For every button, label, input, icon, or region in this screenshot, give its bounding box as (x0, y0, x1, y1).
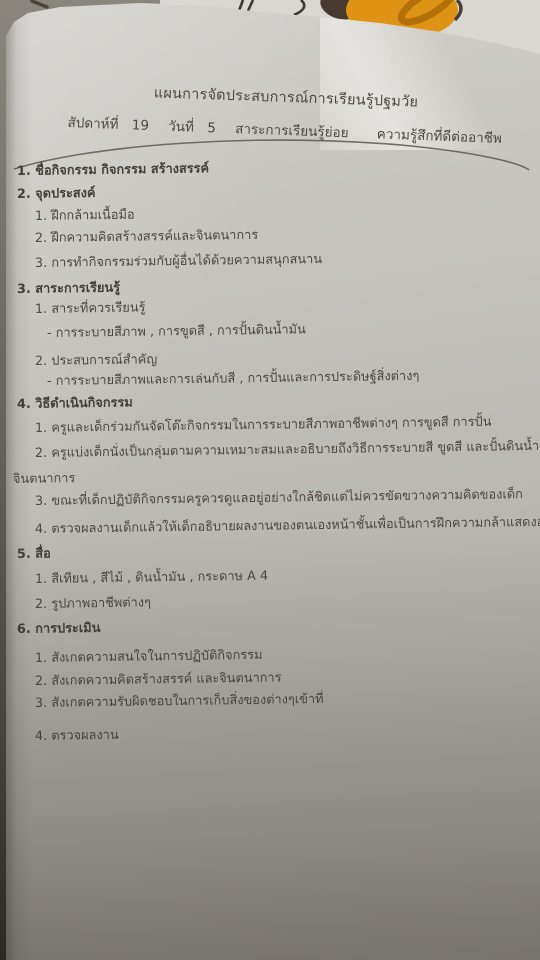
plan-line: 3. การทำกิจกรรมร่วมกับผู้อื่นได้ด้วยความ… (35, 251, 322, 273)
plan-line: 3. สาระการเรียนรู้ (17, 280, 120, 299)
plan-line: 1. สังเกตความสนใจในการปฏิบัติกิจกรรม (35, 647, 263, 668)
plan-line: 6. การประเมิน (17, 620, 101, 639)
plan-line: 4. ตรวจผลงาน (35, 727, 119, 746)
plan-line: 3. สังเกตความรับผิดชอบในการเก็บสิ่งของต่… (35, 691, 324, 713)
plan-line: 2. สังเกตความคิดสร้างสรรค์ และจินตนาการ (35, 670, 282, 691)
plan-line: 2. จุดประสงค์ (17, 185, 96, 204)
plan-body: 1. ชื่อกิจกรรม กิจกรรม สร้างสรรค์2. จุดป… (6, 0, 540, 960)
plan-line: 2. รูปภาพอาชีพต่างๆ (35, 594, 151, 614)
plan-line: 1. ชื่อกิจกรรม กิจกรรม สร้างสรรค์ (17, 160, 209, 181)
document-page: แผนการจัดประสบการณ์การเรียนรู้ปฐมวัย สัป… (6, 0, 540, 960)
plan-line: - การระบายสีภาพและการเล่นกับสี , การปั้น… (47, 368, 420, 391)
plan-line: 2. ครูแบ่งเด็กนั่งเป็นกลุ่มตามความเหมาะส… (35, 437, 540, 463)
plan-line: 4. วิธีดำเนินกิจกรรม (17, 394, 133, 414)
cover-mark-icon (32, 1, 47, 7)
plan-line: 4. ตรวจผลงานเด็กแล้วให้เด็กอธิบายผลงานขอ… (35, 514, 540, 539)
plan-line: - การระบายสีภาพ , การขูดสี , การปั้นดินน… (47, 321, 306, 343)
photo-background: แผนการจัดประสบการณ์การเรียนรู้ปฐมวัย สัป… (0, 0, 540, 960)
plan-line: 1. ครูและเด็กร่วมกันจัดโต๊ะกิจกรรมในการร… (35, 414, 492, 438)
plan-line: 1. ฝึกกล้ามเนื้อมือ (35, 207, 135, 226)
plan-line: 3. ขณะที่เด็กปฏิบัติกิจกรรมครูควรดูแลอยู… (35, 486, 523, 511)
plan-line: 1. สาระที่ควรเรียนรู้ (35, 299, 146, 319)
plan-line: 5. สื่อ (17, 546, 51, 564)
plan-line: 2. ประสบการณ์สำคัญ (35, 351, 157, 371)
plan-line: 2. ฝึกความคิดสร้างสรรค์และจินตนาการ (35, 227, 258, 248)
plan-line: 1. สีเทียน , สีไม้ , ดินน้ำมัน , กระดาษ … (35, 568, 268, 589)
plan-line: จินตนาการ (13, 470, 76, 489)
